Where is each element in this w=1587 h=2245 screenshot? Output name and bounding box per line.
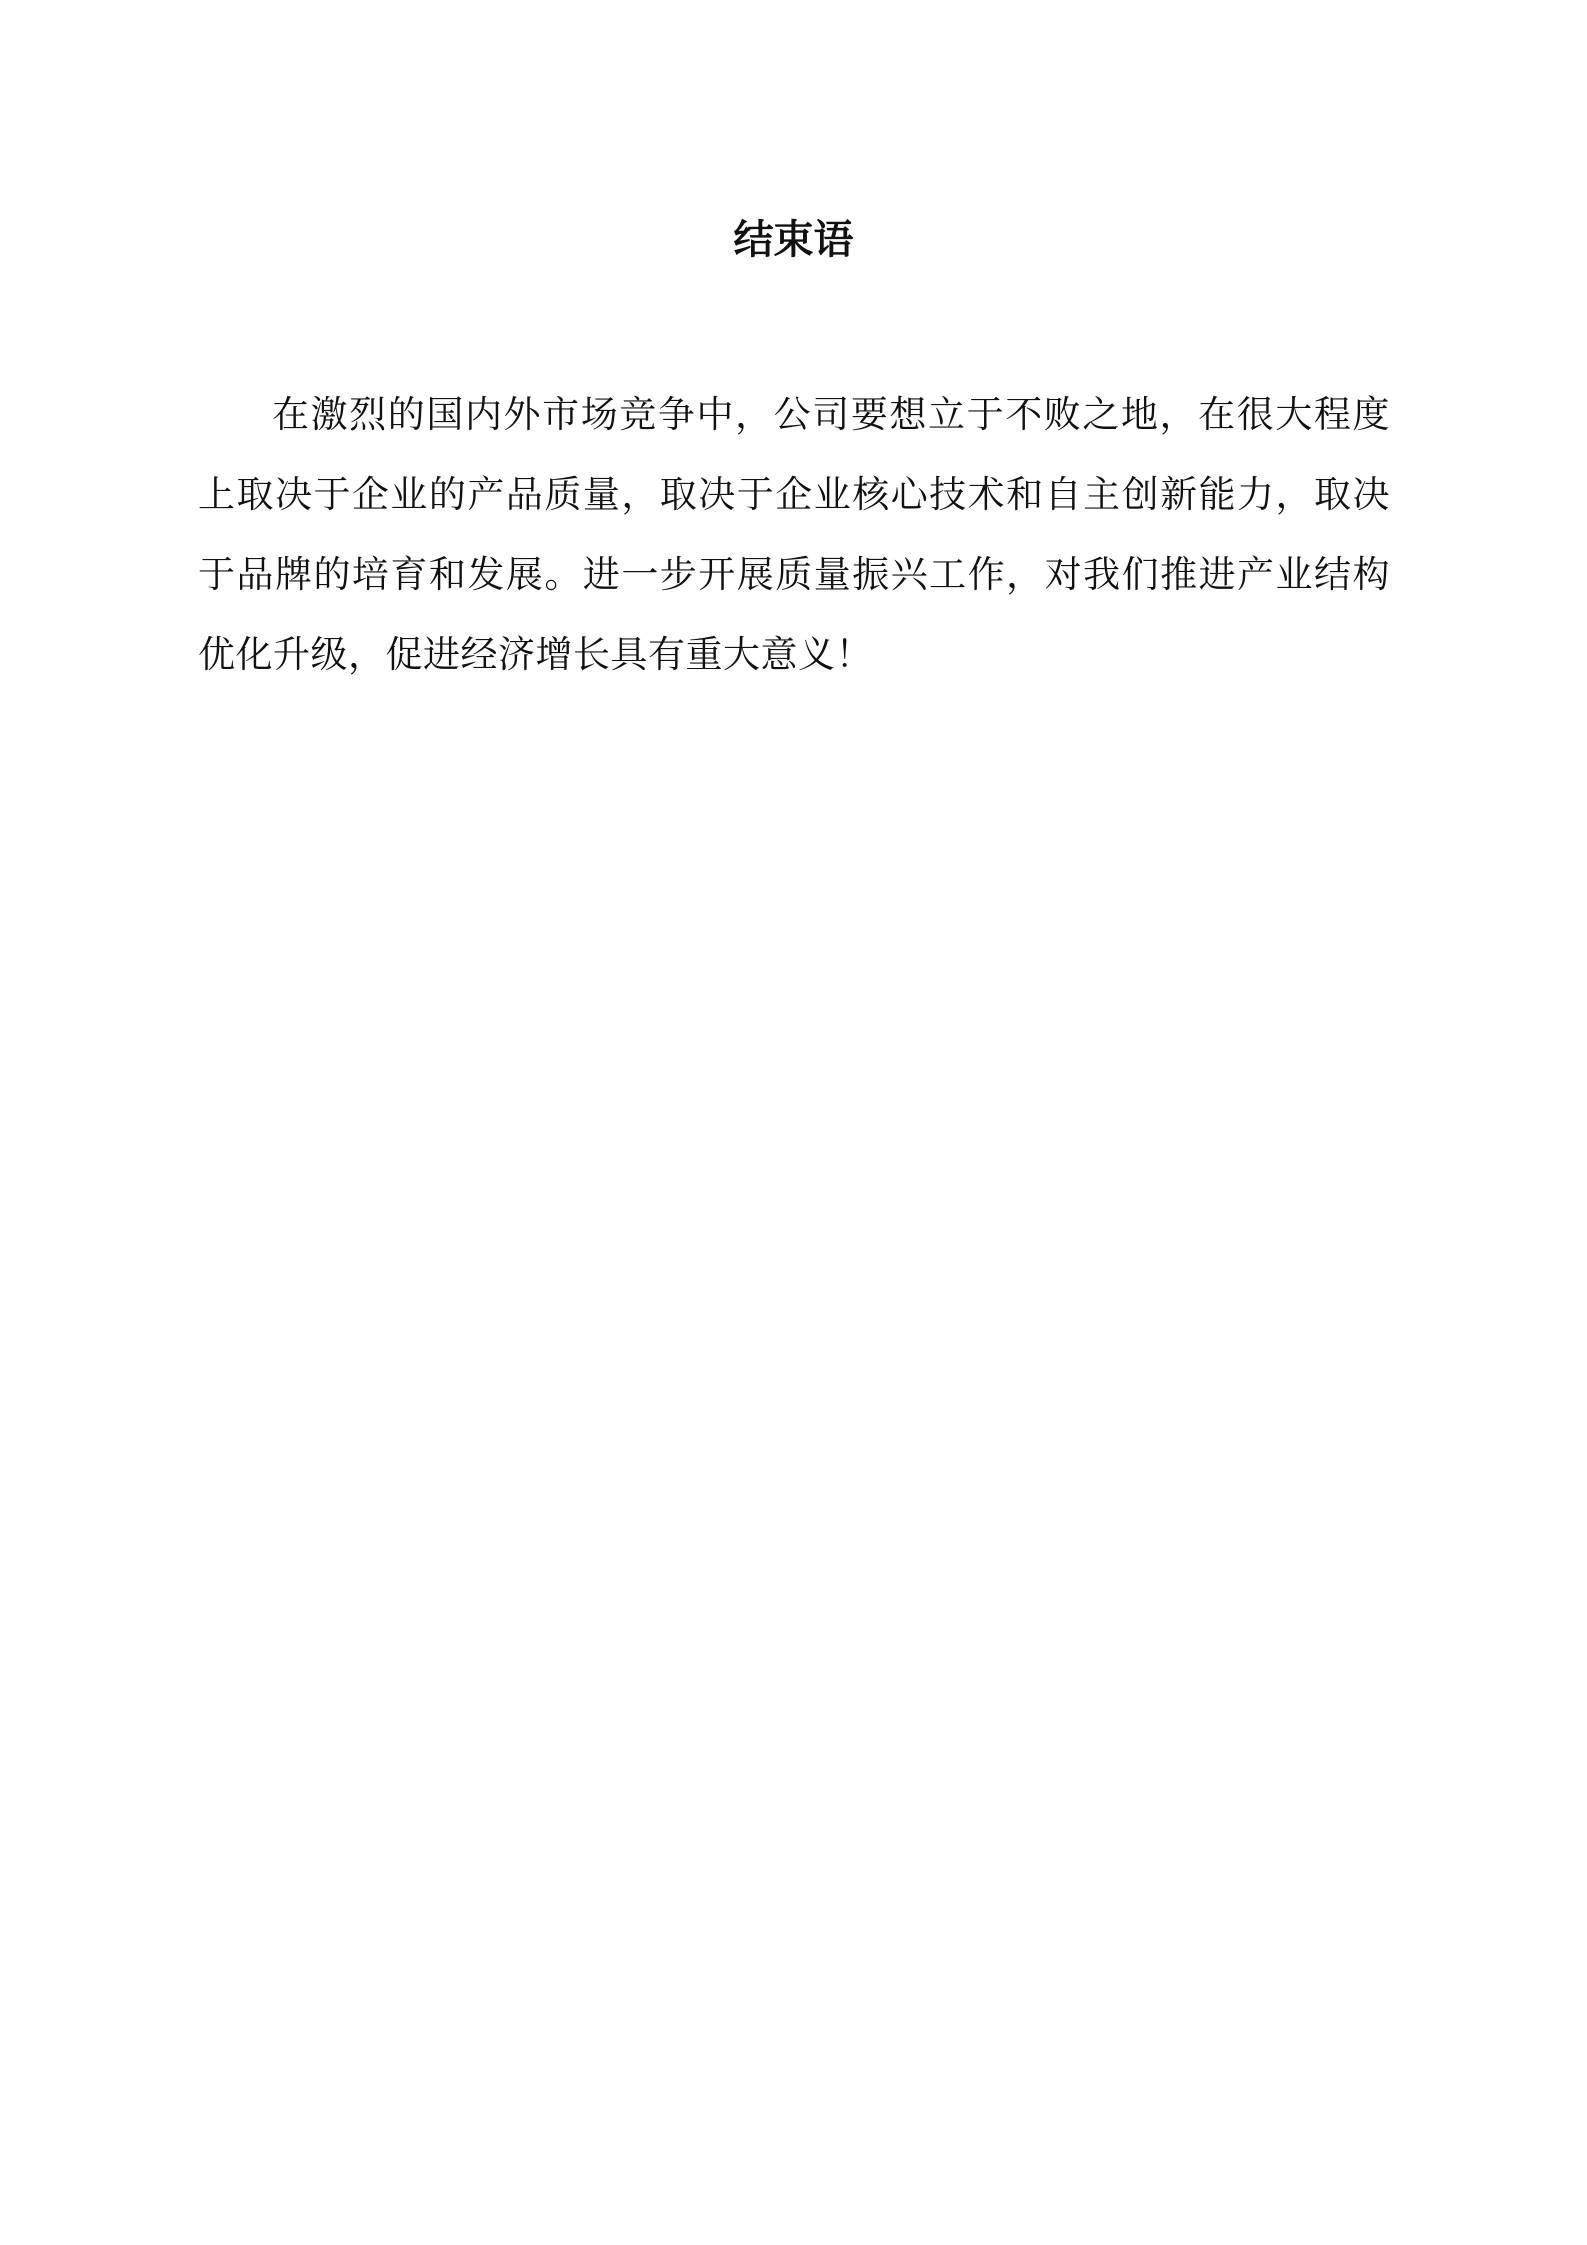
document-page: 结束语 在激烈的国内外市场竞争中，公司要想立于不败之地，在很大程度上取决于企业的… (0, 0, 1587, 2245)
body-paragraph: 在激烈的国内外市场竞争中，公司要想立于不败之地，在很大程度上取决于企业的产品质量… (198, 376, 1390, 696)
page-title: 结束语 (0, 220, 1587, 260)
